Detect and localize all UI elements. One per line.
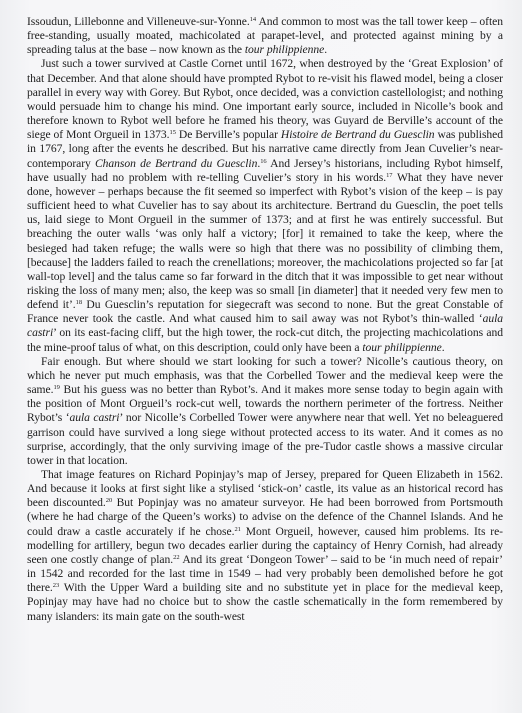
body-paragraph: Issoudun, Lillebonne and Villeneuve-sur-… — [27, 15, 503, 57]
document-page: Issoudun, Lillebonne and Villeneuve-sur-… — [27, 15, 503, 624]
text-run: De Berville’s popular — [176, 128, 281, 141]
text-run: Du Guesclin’s reputation for siegecraft … — [27, 298, 503, 325]
text-run: What they have never done, however – per… — [27, 171, 503, 311]
italic-text: Histoire de Bertrand du Guesclin — [281, 128, 435, 141]
italic-text: aula castri — [70, 411, 120, 424]
body-paragraph: That image features on Richard Popinjay’… — [27, 468, 503, 624]
text-run: . — [442, 341, 445, 354]
body-paragraph: Fair enough. But where should we start l… — [27, 355, 503, 468]
body-paragraph: Just such a tower survived at Castle Cor… — [27, 57, 503, 354]
italic-text: tour philippienne — [245, 43, 324, 56]
text-run: With the Upper Ward a building site and … — [27, 581, 503, 622]
italic-text: Chanson de Bertrand du Guesclin — [95, 157, 257, 170]
text-run: . — [324, 43, 327, 56]
italic-text: tour philippienne — [362, 341, 441, 354]
text-run: Issoudun, Lillebonne and Villeneuve-sur-… — [27, 15, 250, 28]
